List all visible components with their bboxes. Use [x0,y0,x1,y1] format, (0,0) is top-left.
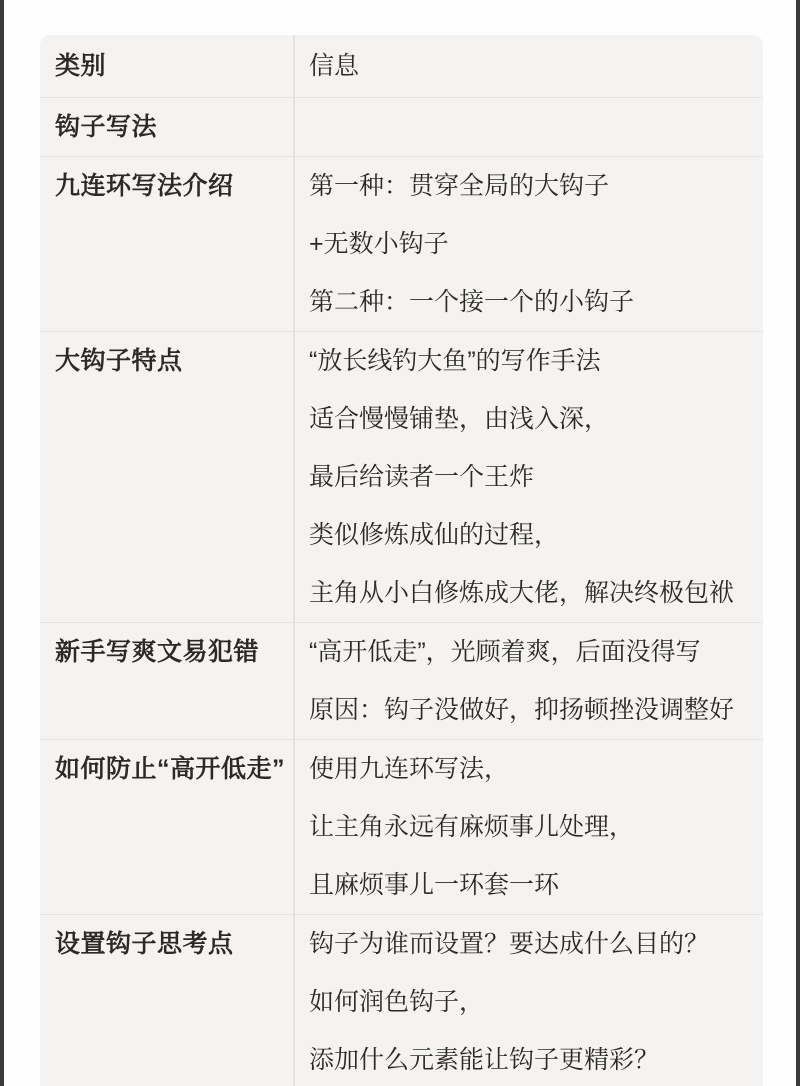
row-category: 钩子写法 [40,98,295,156]
table-row: 设置钩子思考点 钩子为谁而设置？要达成什么目的？如何润色钩子，添加什么元素能让钩… [40,914,763,1086]
row-info [295,98,763,156]
row-info: 第一种：贯穿全局的大钩子+无数小钩子第二种：一个接一个的小钩子 [295,157,763,331]
info-line: 让主角永远有麻烦事儿处理， [309,798,749,856]
info-line: 原因：钩子没做好，抑扬顿挫没调整好 [309,681,749,739]
table-header-row: 类别 信息 [40,35,763,97]
info-line: +无数小钩子 [309,215,749,273]
table-row: 钩子写法 [40,97,763,156]
column-header-info: 信息 [295,35,763,97]
info-line: 且麻烦事儿一环套一环 [309,856,749,914]
row-category: 如何防止“高开低走” [40,740,295,914]
info-line: 添加什么元素能让钩子更精彩？ [309,1031,749,1086]
table-row: 大钩子特点 “放长线钓大鱼”的写作手法适合慢慢铺垫，由浅入深，最后给读者一个王炸… [40,331,763,622]
row-category: 设置钩子思考点 [40,915,295,1086]
table-row: 如何防止“高开低走” 使用九连环写法，让主角永远有麻烦事儿处理，且麻烦事儿一环套… [40,739,763,914]
info-line: 主角从小白修炼成大佬，解决终极包袱 [309,564,749,622]
info-line: 使用九连环写法， [309,740,749,798]
left-edge-bar [0,0,4,1086]
info-line: 如何润色钩子， [309,973,749,1031]
info-line: “放长线钓大鱼”的写作手法 [309,332,749,390]
table-row: 九连环写法介绍 第一种：贯穿全局的大钩子+无数小钩子第二种：一个接一个的小钩子 [40,156,763,331]
row-info: “高开低走”，光顾着爽，后面没得写原因：钩子没做好，抑扬顿挫没调整好 [295,623,763,739]
info-line: 第二种：一个接一个的小钩子 [309,273,749,331]
right-edge-bar [796,0,800,1086]
row-category: 九连环写法介绍 [40,157,295,331]
row-info: 使用九连环写法，让主角永远有麻烦事儿处理，且麻烦事儿一环套一环 [295,740,763,914]
table-row: 新手写爽文易犯错 “高开低走”，光顾着爽，后面没得写原因：钩子没做好，抑扬顿挫没… [40,622,763,739]
info-line: 类似修炼成仙的过程， [309,506,749,564]
column-header-category: 类别 [40,35,295,97]
row-category: 大钩子特点 [40,332,295,622]
row-info: 钩子为谁而设置？要达成什么目的？如何润色钩子，添加什么元素能让钩子更精彩？ [295,915,763,1086]
info-line: 第一种：贯穿全局的大钩子 [309,157,749,215]
info-line: 钩子为谁而设置？要达成什么目的？ [309,915,749,973]
table-body: 钩子写法 九连环写法介绍 第一种：贯穿全局的大钩子+无数小钩子第二种：一个接一个… [40,97,763,1086]
info-line: 最后给读者一个王炸 [309,448,749,506]
hook-writing-table: 类别 信息 钩子写法 九连环写法介绍 第一种：贯穿全局的大钩子+无数小钩子第二种… [40,35,763,1086]
row-category: 新手写爽文易犯错 [40,623,295,739]
row-info: “放长线钓大鱼”的写作手法适合慢慢铺垫，由浅入深，最后给读者一个王炸类似修炼成仙… [295,332,763,622]
info-line: “高开低走”，光顾着爽，后面没得写 [309,623,749,681]
info-line: 适合慢慢铺垫，由浅入深， [309,390,749,448]
